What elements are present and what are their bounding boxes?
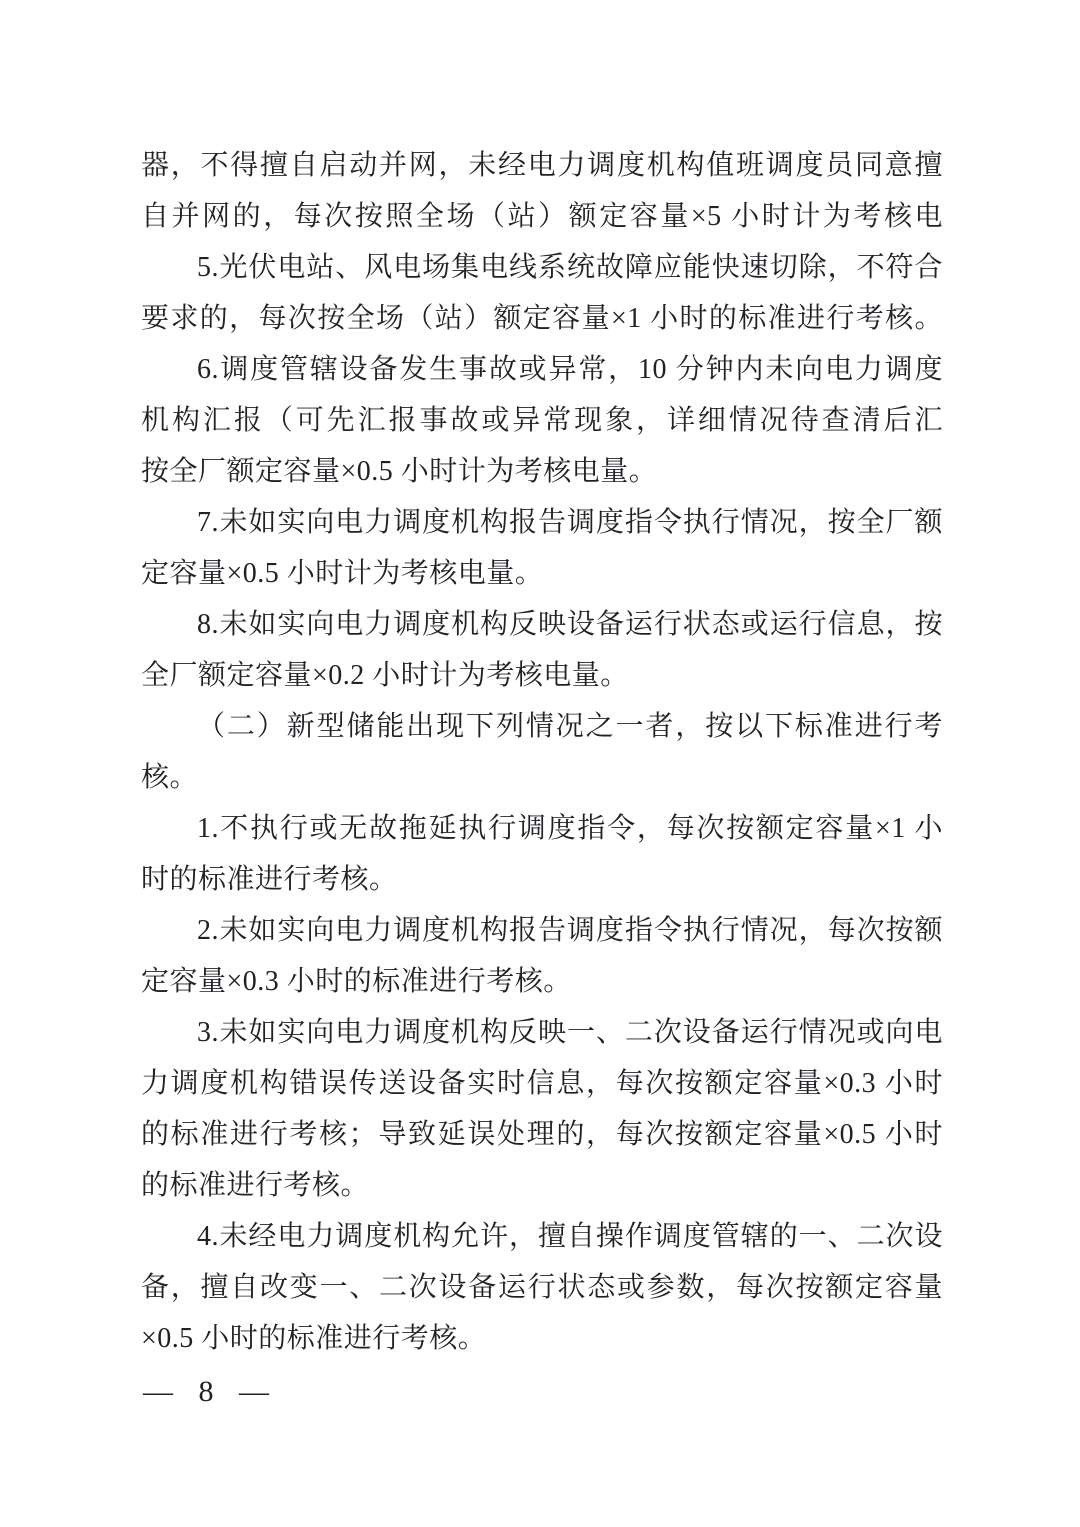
document-page: 器，不得擅自启动并网，未经电力调度机构值班调度员同意擅 自并网的，每次按照全场（…: [0, 0, 1080, 1527]
text-line: 3.未如实向电力调度机构反映一、二次设备运行情况或向电: [141, 1007, 943, 1058]
text-line: 按全厂额定容量×0.5 小时计为考核电量。: [141, 446, 943, 497]
text-line: 的标准进行考核；导致延误处理的，每次按额定容量×0.5 小时: [141, 1109, 943, 1160]
text-line: 定容量×0.5 小时计为考核电量。: [141, 548, 943, 599]
text-line: 的标准进行考核。: [141, 1160, 943, 1211]
text-line: 力调度机构错误传送设备实时信息，每次按额定容量×0.3 小时: [141, 1058, 943, 1109]
text-line: 要求的，每次按全场（站）额定容量×1 小时的标准进行考核。: [141, 293, 943, 344]
text-line: 器，不得擅自启动并网，未经电力调度机构值班调度员同意擅: [141, 140, 943, 191]
document-body: 器，不得擅自启动并网，未经电力调度机构值班调度员同意擅 自并网的，每次按照全场（…: [141, 140, 943, 1364]
text-line: 8.未如实向电力调度机构反映设备运行状态或运行信息，按: [141, 599, 943, 650]
text-line: 1.不执行或无故拖延执行调度指令，每次按额定容量×1 小: [141, 803, 943, 854]
page-number: — 8 —: [143, 1374, 271, 1410]
text-line: 机构汇报（可先汇报事故或异常现象，详细情况待查清后汇报），: [141, 395, 943, 446]
text-line: 4.未经电力调度机构允许，擅自操作调度管辖的一、二次设: [141, 1211, 943, 1262]
text-line: 6.调度管辖设备发生事故或异常，10 分钟内未向电力调度: [141, 344, 943, 395]
text-line: 全厂额定容量×0.2 小时计为考核电量。: [141, 650, 943, 701]
text-line: 2.未如实向电力调度机构报告调度指令执行情况，每次按额: [141, 905, 943, 956]
text-line: 定容量×0.3 小时的标准进行考核。: [141, 956, 943, 1007]
text-line: 自并网的，每次按照全场（站）额定容量×5 小时计为考核电量。: [141, 191, 943, 242]
text-line: 核。: [141, 752, 943, 803]
text-line: 时的标准进行考核。: [141, 854, 943, 905]
text-line: 7.未如实向电力调度机构报告调度指令执行情况，按全厂额: [141, 497, 943, 548]
text-line: （二）新型储能出现下列情况之一者，按以下标准进行考: [141, 701, 943, 752]
text-line: 备，擅自改变一、二次设备运行状态或参数，每次按额定容量: [141, 1262, 943, 1313]
text-line: 5.光伏电站、风电场集电线系统故障应能快速切除，不符合: [141, 242, 943, 293]
text-line: ×0.5 小时的标准进行考核。: [141, 1313, 943, 1364]
